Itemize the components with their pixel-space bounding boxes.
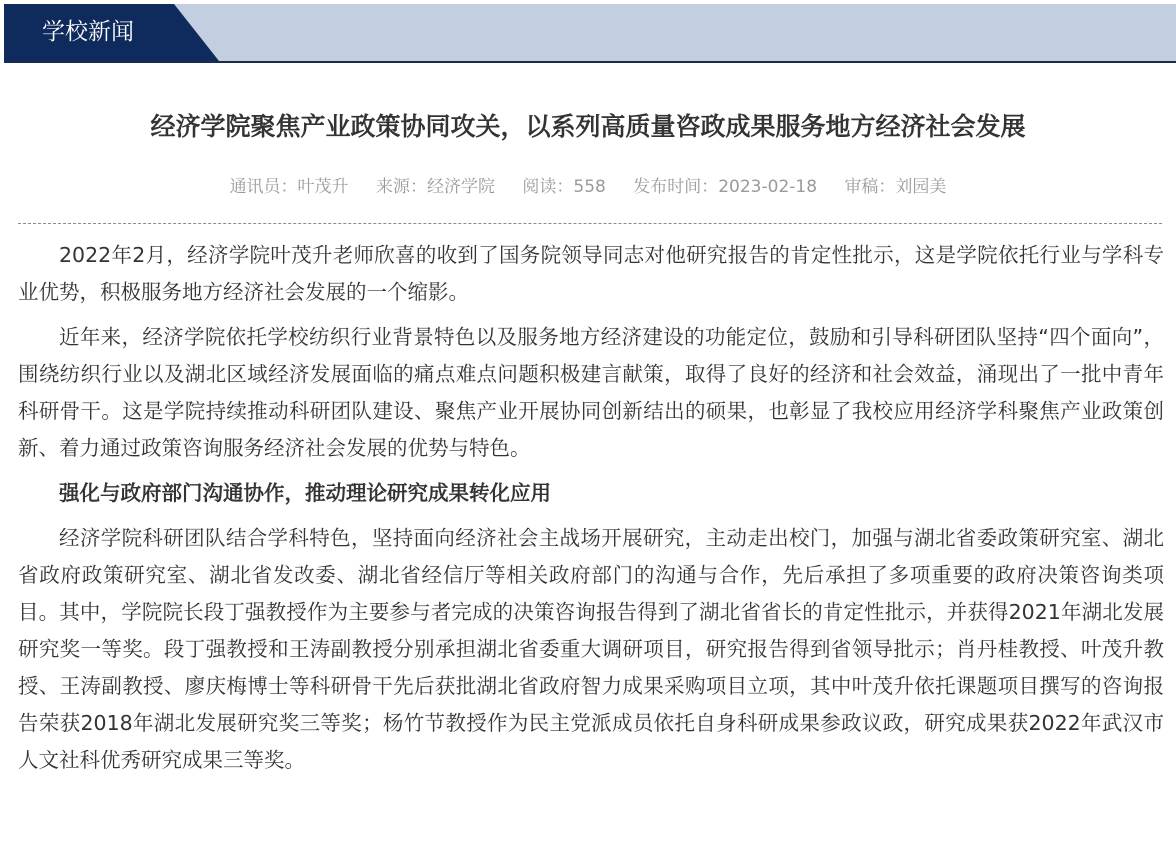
meta-publish-time: 发布时间：2023-02-18 <box>633 173 817 201</box>
meta-correspondent: 通讯员：叶茂升 <box>230 173 349 201</box>
article-title: 经济学院聚焦产业政策协同攻关，以系列高质量咨政成果服务地方经济社会发展 <box>0 109 1176 145</box>
article-subheading: 强化与政府部门沟通协作，推动理论研究成果转化应用 <box>18 475 1164 512</box>
article-body: 2022年2月，经济学院叶茂升老师欣喜的收到了国务院领导同志对他研究报告的肯定性… <box>18 237 1164 787</box>
meta-divider <box>18 223 1162 224</box>
article-paragraph: 2022年2月，经济学院叶茂升老师欣喜的收到了国务院领导同志对他研究报告的肯定性… <box>18 237 1164 311</box>
article-paragraph: 经济学院科研团队结合学科特色，坚持面向经济社会主战场开展研究，主动走出校门，加强… <box>18 520 1164 779</box>
section-title-school-news[interactable]: 学校新闻 <box>42 4 134 61</box>
meta-read-count: 阅读：558 <box>522 173 605 201</box>
section-header-bar: 学校新闻 <box>4 4 1176 63</box>
article-paragraph: 近年来，经济学院依托学校纺织行业背景特色以及服务地方经济建设的功能定位，鼓励和引… <box>18 319 1164 467</box>
meta-reviewer: 审稿：刘园美 <box>844 173 946 201</box>
article-meta: 通讯员：叶茂升 来源：经济学院 阅读：558 发布时间：2023-02-18 审… <box>0 173 1176 201</box>
meta-source: 来源：经济学院 <box>376 173 495 201</box>
